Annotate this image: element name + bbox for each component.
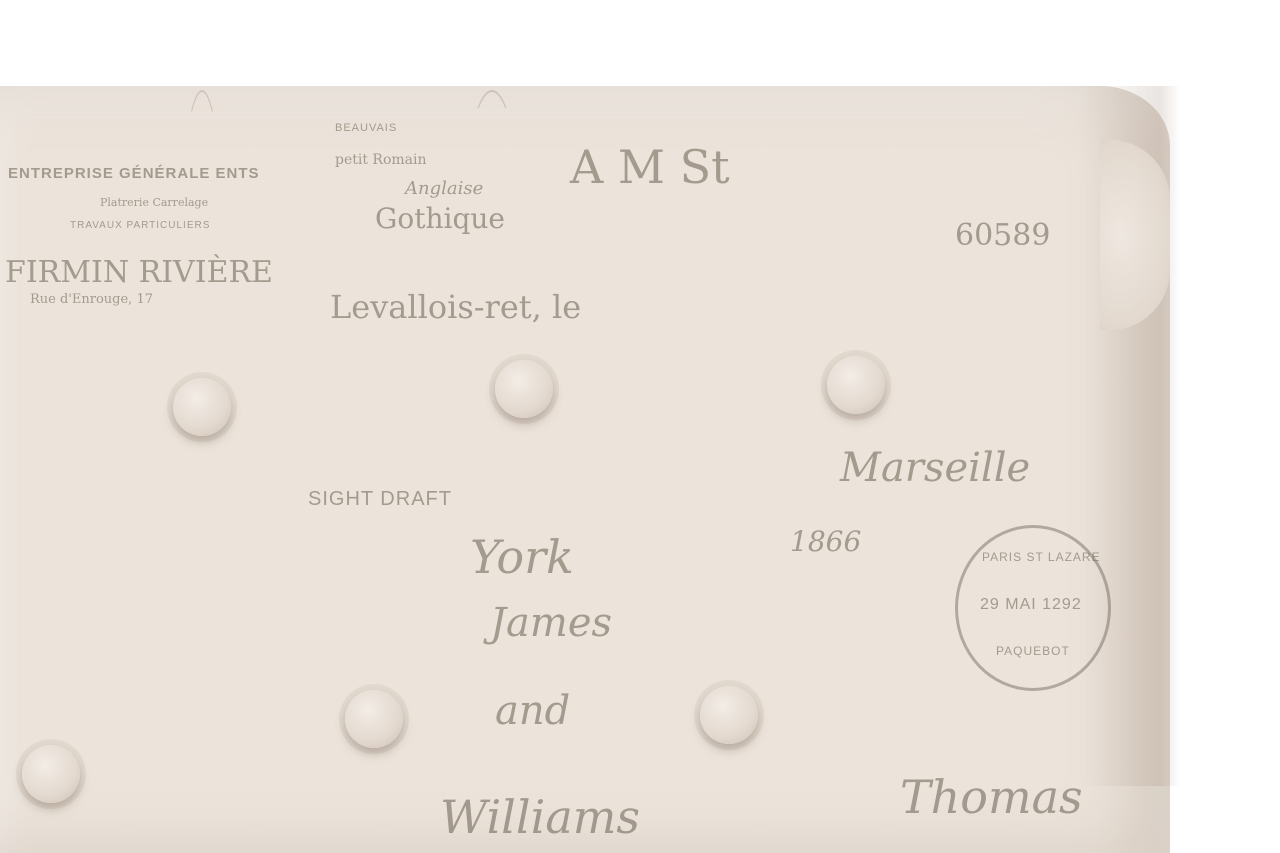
tufting-button (495, 360, 553, 418)
postmark-stamp: PARIS ST LAZARE 29 MAI 1292 PAQUEBOT (955, 525, 1111, 691)
print-text: FIRMIN RIVIÈRE (5, 255, 273, 290)
tufting-button (22, 745, 80, 803)
print-text: 1866 (790, 525, 861, 558)
print-text: York (470, 530, 574, 584)
tufting-button (700, 686, 758, 744)
tuft-fold (170, 90, 234, 794)
print-text: Levallois-ret, le (330, 288, 581, 326)
print-text: and (495, 688, 570, 734)
tufting-button (827, 356, 885, 414)
stamp-date-text: 29 MAI 1292 (980, 596, 1082, 614)
stamp-bottom-text: PAQUEBOT (996, 644, 1070, 658)
print-text: 60589 (955, 218, 1050, 253)
print-text: Marseille (840, 445, 1030, 491)
print-text: Rue d'Enrouge, 17 (30, 292, 153, 307)
print-text: SIGHT DRAFT (308, 488, 452, 511)
print-text: Williams (440, 790, 640, 844)
print-text: petit Romain (335, 152, 427, 168)
print-text: BEAUVAIS (335, 122, 397, 134)
tufting-button (173, 378, 231, 436)
stamp-top-text: PARIS ST LAZARE (982, 550, 1101, 564)
print-text: Thomas (900, 770, 1083, 824)
print-text: James (490, 600, 612, 646)
tufting-button (345, 690, 403, 748)
chair-rolled-arm (1100, 140, 1170, 330)
print-text: A M St (570, 140, 730, 194)
chair-photo: ENTREPRISE GÉNÉRALE ENTS Platrerie Carre… (0, 0, 1280, 853)
